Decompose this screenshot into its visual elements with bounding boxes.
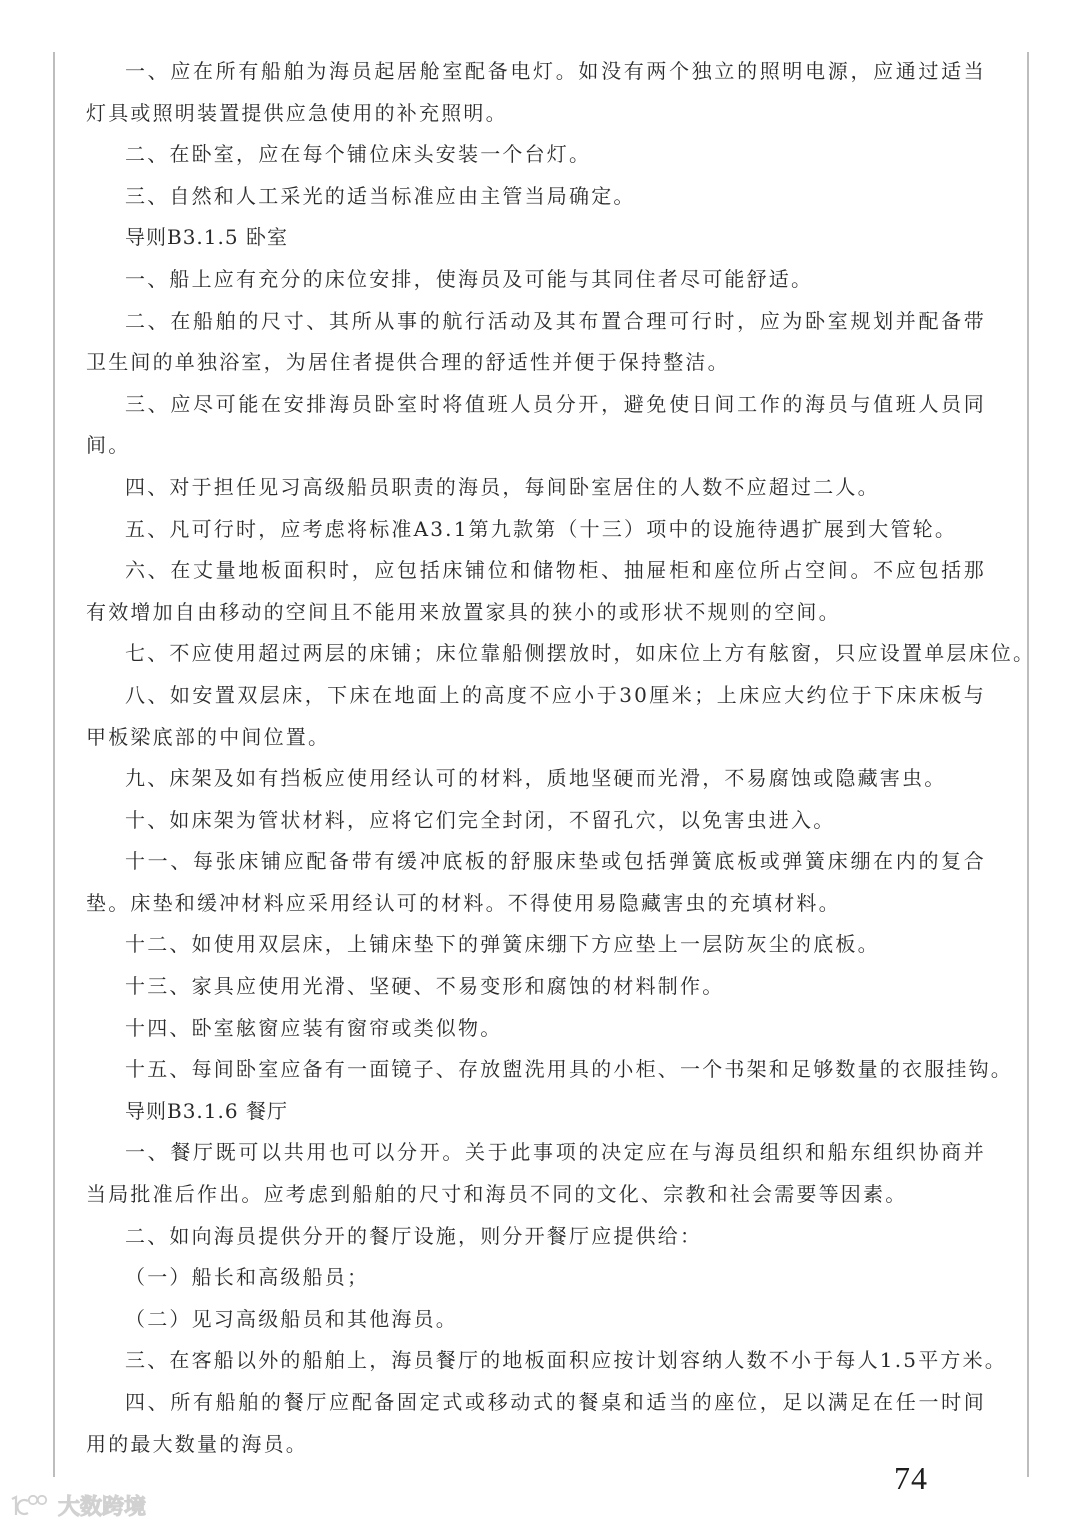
- text-line: 五、凡可行时，应考虑将标准A3.1第九款第（十三）项中的设施待遇扩展到大管轮。: [86, 509, 986, 551]
- paragraph: （一）船长和高级船员；: [86, 1257, 986, 1299]
- text-line: 一、船上应有充分的床位安排，使海员及可能与其同住者尽可能舒适。: [86, 259, 986, 301]
- paragraph: 二、在船舶的尺寸、其所从事的航行活动及其布置合理可行时，应为卧室规划并配备带有一…: [86, 301, 986, 384]
- text-line: （二）见习高级船员和其他海员。: [86, 1299, 986, 1341]
- text-line: 垫。床垫和缓冲材料应采用经认可的材料。不得使用易隐藏害虫的充填材料。: [86, 883, 986, 925]
- paragraph: 八、如安置双层床，下床在地面上的高度不应小于30厘米；上床应大约位于下床床板与天…: [86, 675, 986, 758]
- paragraph: 九、床架及如有挡板应使用经认可的材料，质地坚硬而光滑，不易腐蚀或隐藏害虫。: [86, 758, 986, 800]
- text-line: 间。: [86, 425, 986, 467]
- text-line: （一）船长和高级船员；: [86, 1257, 986, 1299]
- text-line: 用的最大数量的海员。: [86, 1424, 986, 1466]
- text-line: 九、床架及如有挡板应使用经认可的材料，质地坚硬而光滑，不易腐蚀或隐藏害虫。: [86, 758, 986, 800]
- text-line: 七、不应使用超过两层的床铺；床位靠船侧摆放时，如床位上方有舷窗，只应设置单层床位…: [86, 633, 986, 675]
- paragraph: 六、在丈量地板面积时，应包括床铺位和储物柜、抽屉柜和座位所占空间。不应包括那些不…: [86, 550, 986, 633]
- paragraph: 十一、每张床铺应配备带有缓冲底板的舒服床垫或包括弹簧底板或弹簧床绷在内的复合缓冲…: [86, 841, 986, 924]
- watermark-logo-icon: [8, 1493, 52, 1519]
- paragraph: 二、如向海员提供分开的餐厅设施，则分开餐厅应提供给：: [86, 1216, 986, 1258]
- text-line: 三、应尽可能在安排海员卧室时将值班人员分开，避免使日间工作的海员与值班人员同住一: [86, 384, 986, 426]
- paragraph: 四、对于担任见习高级船员职责的海员，每间卧室居住的人数不应超过二人。: [86, 467, 986, 509]
- text-line: 导则B3.1.5 卧室: [86, 217, 986, 259]
- left-margin-line: [53, 52, 55, 1477]
- text-line: 二、在卧室，应在每个铺位床头安装一个台灯。: [86, 134, 986, 176]
- watermark: 大数跨境: [8, 1490, 146, 1521]
- text-line: 十五、每间卧室应备有一面镜子、存放盥洗用具的小柜、一个书架和足够数量的衣服挂钩。: [86, 1049, 986, 1091]
- paragraph: 三、自然和人工采光的适当标准应由主管当局确定。: [86, 176, 986, 218]
- text-line: 卫生间的单独浴室，为居住者提供合理的舒适性并便于保持整洁。: [86, 342, 986, 384]
- paragraph: 二、在卧室，应在每个铺位床头安装一个台灯。: [86, 134, 986, 176]
- text-line: 十、如床架为管状材料，应将它们完全封闭，不留孔穴，以免害虫进入。: [86, 800, 986, 842]
- document-body: 一、应在所有船舶为海员起居舱室配备电灯。如没有两个独立的照明电源，应通过适当建造…: [86, 51, 986, 1465]
- text-line: 一、餐厅既可以共用也可以分开。关于此事项的决定应在与海员组织和船东组织协商并经主…: [86, 1132, 986, 1174]
- text-line: 甲板梁底部的中间位置。: [86, 717, 986, 759]
- text-line: 三、在客船以外的船舶上，海员餐厅的地板面积应按计划容纳人数不小于每人1.5平方米…: [86, 1340, 986, 1382]
- paragraph: 四、所有船舶的餐厅应配备固定式或移动式的餐桌和适当的座位，足以满足在任一时间可能…: [86, 1382, 986, 1465]
- watermark-text: 大数跨境: [58, 1490, 146, 1521]
- text-line: 十三、家具应使用光滑、坚硬、不易变形和腐蚀的材料制作。: [86, 966, 986, 1008]
- paragraph: （二）见习高级船员和其他海员。: [86, 1299, 986, 1341]
- section-heading: 导则B3.1.5 卧室: [86, 217, 986, 259]
- section-heading: 导则B3.1.6 餐厅: [86, 1091, 986, 1133]
- text-line: 四、对于担任见习高级船员职责的海员，每间卧室居住的人数不应超过二人。: [86, 467, 986, 509]
- paragraph: 十四、卧室舷窗应装有窗帘或类似物。: [86, 1008, 986, 1050]
- text-line: 一、应在所有船舶为海员起居舱室配备电灯。如没有两个独立的照明电源，应通过适当建造…: [86, 51, 986, 93]
- text-line: 二、如向海员提供分开的餐厅设施，则分开餐厅应提供给：: [86, 1216, 986, 1258]
- page-number: 74: [894, 1460, 928, 1497]
- text-line: 三、自然和人工采光的适当标准应由主管当局确定。: [86, 176, 986, 218]
- paragraph: 五、凡可行时，应考虑将标准A3.1第九款第（十三）项中的设施待遇扩展到大管轮。: [86, 509, 986, 551]
- paragraph: 十五、每间卧室应备有一面镜子、存放盥洗用具的小柜、一个书架和足够数量的衣服挂钩。: [86, 1049, 986, 1091]
- text-line: 灯具或照明装置提供应急使用的补充照明。: [86, 93, 986, 135]
- paragraph: 七、不应使用超过两层的床铺；床位靠船侧摆放时，如床位上方有舷窗，只应设置单层床位…: [86, 633, 986, 675]
- paragraph: 一、餐厅既可以共用也可以分开。关于此事项的决定应在与海员组织和船东组织协商并经主…: [86, 1132, 986, 1215]
- text-line: 十一、每张床铺应配备带有缓冲底板的舒服床垫或包括弹簧底板或弹簧床绷在内的复合缓冲…: [86, 841, 986, 883]
- paragraph: 十二、如使用双层床，上铺床垫下的弹簧床绷下方应垫上一层防灰尘的底板。: [86, 924, 986, 966]
- text-line: 四、所有船舶的餐厅应配备固定式或移动式的餐桌和适当的座位，足以满足在任一时间可能…: [86, 1382, 986, 1424]
- text-line: 二、在船舶的尺寸、其所从事的航行活动及其布置合理可行时，应为卧室规划并配备带有一…: [86, 301, 986, 343]
- text-line: 十二、如使用双层床，上铺床垫下的弹簧床绷下方应垫上一层防灰尘的底板。: [86, 924, 986, 966]
- text-line: 导则B3.1.6 餐厅: [86, 1091, 986, 1133]
- paragraph: 一、船上应有充分的床位安排，使海员及可能与其同住者尽可能舒适。: [86, 259, 986, 301]
- text-line: 六、在丈量地板面积时，应包括床铺位和储物柜、抽屉柜和座位所占空间。不应包括那些不…: [86, 550, 986, 592]
- paragraph: 三、应尽可能在安排海员卧室时将值班人员分开，避免使日间工作的海员与值班人员同住一…: [86, 384, 986, 467]
- paragraph: 十三、家具应使用光滑、坚硬、不易变形和腐蚀的材料制作。: [86, 966, 986, 1008]
- paragraph: 一、应在所有船舶为海员起居舱室配备电灯。如没有两个独立的照明电源，应通过适当建造…: [86, 51, 986, 134]
- text-line: 八、如安置双层床，下床在地面上的高度不应小于30厘米；上床应大约位于下床床板与天…: [86, 675, 986, 717]
- text-line: 当局批准后作出。应考虑到船舶的尺寸和海员不同的文化、宗教和社会需要等因素。: [86, 1174, 986, 1216]
- paragraph: 三、在客船以外的船舶上，海员餐厅的地板面积应按计划容纳人数不小于每人1.5平方米…: [86, 1340, 986, 1382]
- text-line: 十四、卧室舷窗应装有窗帘或类似物。: [86, 1008, 986, 1050]
- text-line: 有效增加自由移动的空间且不能用来放置家具的狭小的或形状不规则的空间。: [86, 592, 986, 634]
- right-margin-line: [1027, 52, 1029, 1477]
- paragraph: 十、如床架为管状材料，应将它们完全封闭，不留孔穴，以免害虫进入。: [86, 800, 986, 842]
- document-page: 一、应在所有船舶为海员起居舱室配备电灯。如没有两个独立的照明电源，应通过适当建造…: [0, 0, 1080, 1528]
